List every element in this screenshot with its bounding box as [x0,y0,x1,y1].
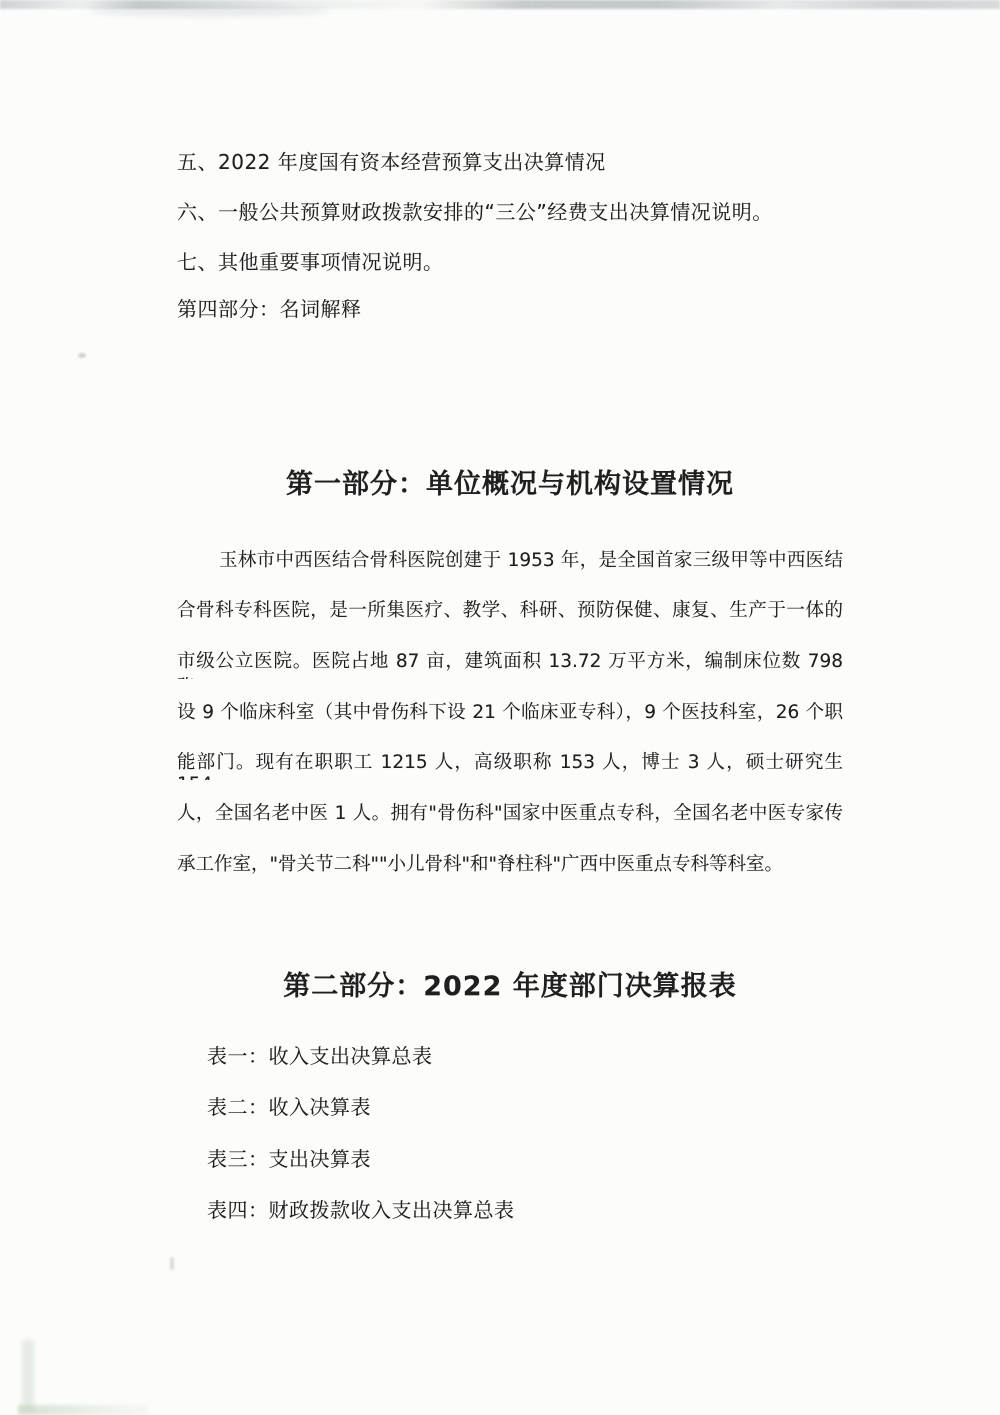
toc-part4-heading: 第四部分：名词解释 [177,293,362,322]
scan-artifact-dot-left [78,353,86,358]
table-list-item-1: 表一：收入支出决算总表 [207,1040,433,1069]
scan-artifact-top-smudge [90,6,330,17]
table-list-item-4: 表四：财政拨款收入支出决算总表 [207,1194,515,1223]
scan-artifact-smudge-bottom-left [18,1405,148,1415]
table-list-item-2: 表二：收入决算表 [207,1091,371,1120]
toc-item-6: 六、一般公共预算财政拨款安排的“三公”经费支出决算情况说明。 [177,196,773,225]
paragraph-line-5: 能部门。现有在职职工 1215 人，高级职称 153 人，博士 3 人，硕士研究… [177,748,843,780]
scan-artifact-streak-bottom-left [22,1340,34,1412]
paragraph-line-2: 合骨科专科医院，是一所集医疗、教学、科研、预防保健、康复、生产于一体的 [177,596,843,628]
paragraph-line-1: 玉林市中西医结合骨科医院创建于 1953 年，是全国首家三级甲等中西医结 [177,546,843,578]
section1-heading: 第一部分：单位概况与机构设置情况 [177,462,843,501]
paragraph-line-7: 承工作室，"骨关节二科""小儿骨科"和"脊柱科"广西中医重点专科等科室。 [177,850,843,882]
toc-item-7: 七、其他重要事项情况说明。 [177,246,444,275]
paragraph-line-3: 市级公立医院。医院占地 87 亩，建筑面积 13.72 万平方米，编制床位数 7… [177,647,843,679]
scanned-document-page: 五、2022 年度国有资本经营预算支出决算情况 六、一般公共预算财政拨款安排的“… [0,0,1000,1415]
scan-artifact-mark-lower-left [170,1257,174,1270]
paragraph-line-4: 设 9 个临床科室（其中骨伤科下设 21 个临床亚专科），9 个医技科室，26 … [177,698,843,730]
table-list-item-3: 表三：支出决算表 [207,1143,371,1172]
paragraph-line-6: 人，全国名老中医 1 人。拥有"骨伤科"国家中医重点专科，全国名老中医专家传 [177,799,843,831]
toc-item-5: 五、2022 年度国有资本经营预算支出决算情况 [177,146,606,175]
section2-heading: 第二部分：2022 年度部门决算报表 [177,964,843,1003]
